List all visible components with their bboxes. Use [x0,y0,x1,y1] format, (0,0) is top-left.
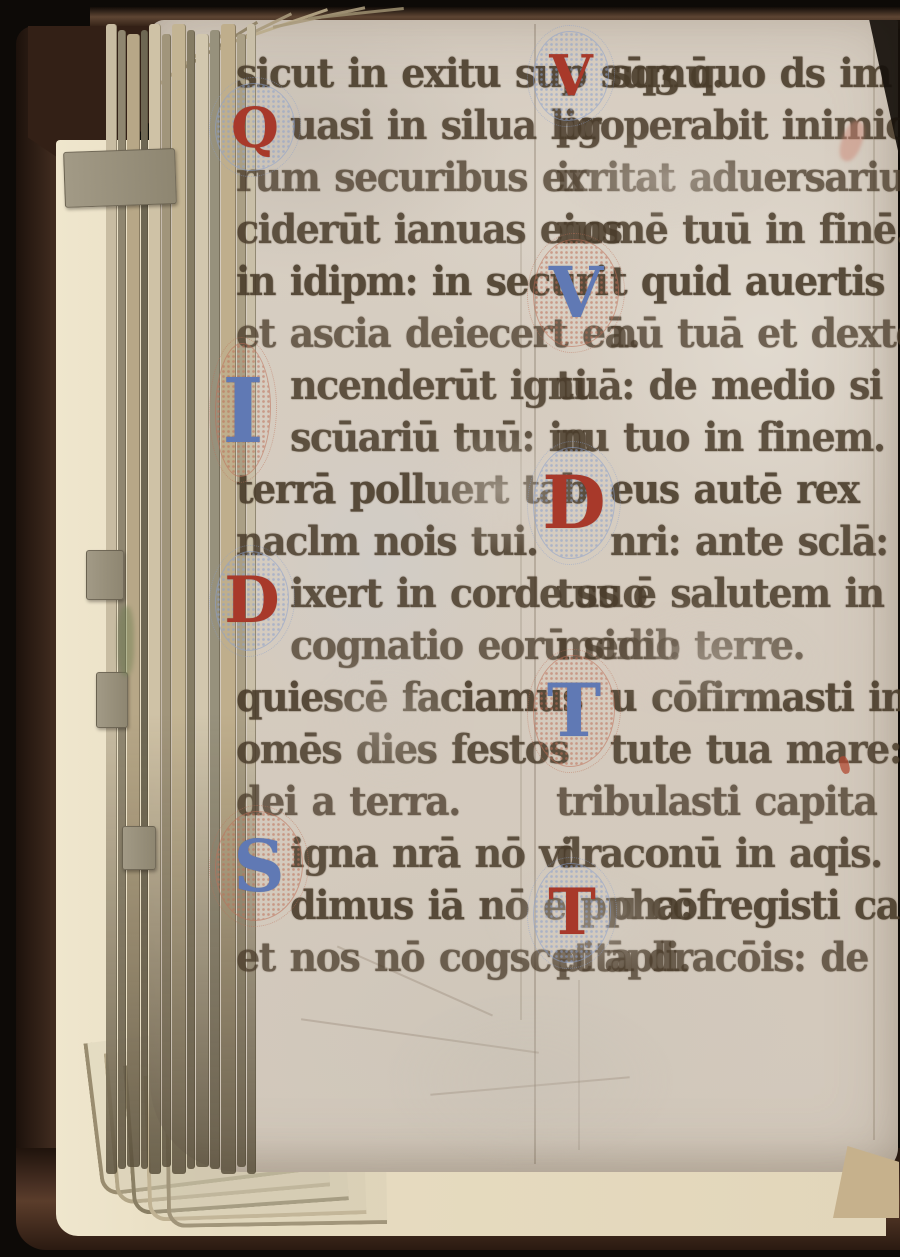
drop-cap-T: T [540,662,608,760]
drop-cap-letter: D [224,569,280,633]
text-line: ciderūt ianuas eius [236,202,538,257]
drop-cap-T: T [540,870,604,956]
text-line: tus ē salutem in [556,566,888,621]
text-line: scūariū tuū: in [236,410,538,465]
text-line: ncenderūt igni [236,358,538,413]
bookmark-tab [86,550,124,600]
text-line: et ascia deiecert eā. [236,306,538,361]
drop-cap-V: V [540,38,602,114]
text-line: terrā polluert tab [236,462,538,517]
drop-cap-letter: V [549,48,592,104]
drop-cap-letter: S [233,831,284,902]
page-crease-line [578,980,580,1150]
drop-cap-letter: V [549,258,603,328]
drop-cap-D: D [222,558,282,644]
page-edge-strip [187,30,195,1169]
text-line: in idipm: in securi [236,254,538,309]
bookmark-tab [96,672,128,728]
manuscript-photo: sicut in exitu sup sūmū.uasi in silua li… [0,0,900,1257]
text-line: tribulasti capita [556,774,888,829]
drop-cap-letter: T [548,881,596,945]
text-line: et nos nō cogscet āpli. [236,930,538,985]
drop-cap-letter: I [222,366,264,455]
text-line: irritat aduersarius [556,150,888,205]
bookmark-tab [63,148,177,208]
text-line: quiescē faciamus [236,670,538,725]
drop-cap-Q: Q [222,90,288,164]
drop-cap-D: D [540,454,608,552]
drop-cap-letter: T [547,675,601,748]
drop-cap-V: V [540,246,612,340]
text-line: properabit inimicus [556,98,888,153]
drop-cap-letter: Q [231,100,279,155]
drop-cap-I: I [222,350,264,470]
page-edge-strip [196,34,209,1167]
text-line: draconū in aqis. [556,826,888,881]
bookmark-tab [122,826,156,870]
text-line: tuā: de medio si [556,358,888,413]
drop-cap-letter: D [542,467,605,540]
text-line: omēs dies festos [236,722,538,777]
drop-cap-S: S [222,818,296,914]
